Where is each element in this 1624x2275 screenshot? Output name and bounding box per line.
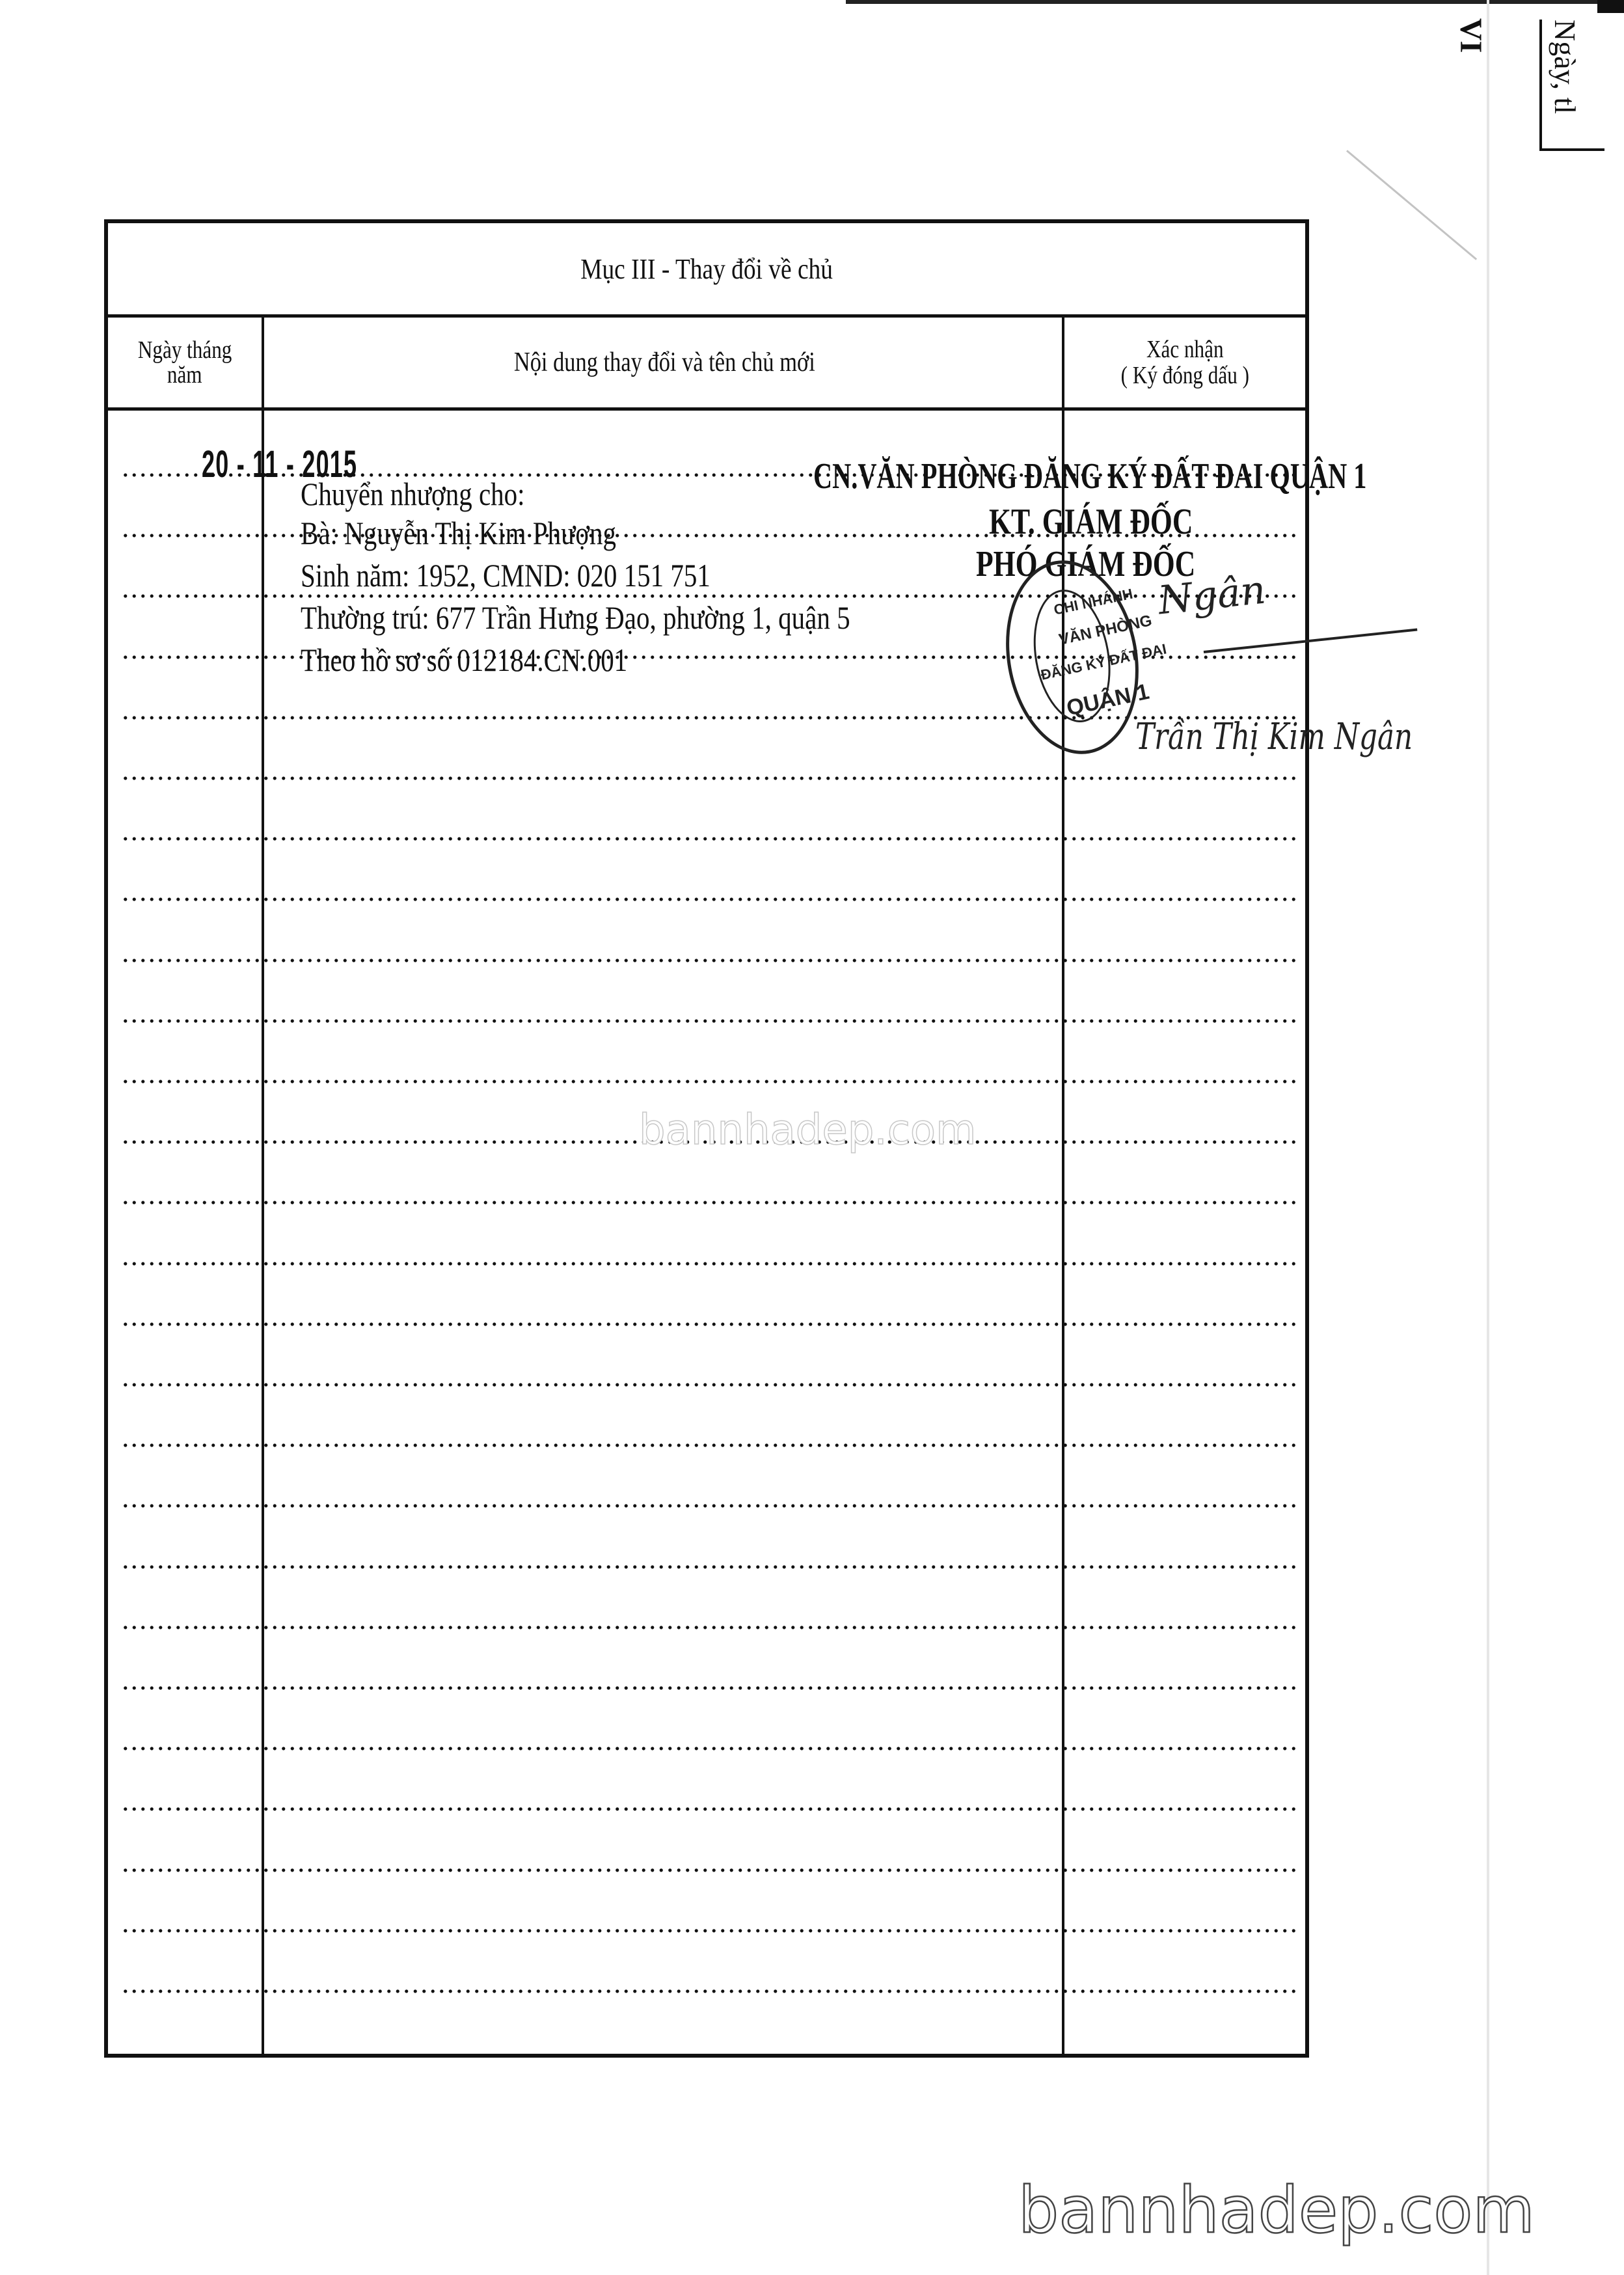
dotted-rule [121, 1989, 1296, 1993]
dotted-rule [121, 959, 1296, 962]
dotted-rule [121, 837, 1296, 841]
dotted-rule [121, 1443, 1296, 1447]
entry-line-5: Theo hồ sơ số 012184.CN.001 [301, 641, 699, 679]
dotted-rule [121, 1565, 1296, 1569]
header-date: Ngày tháng năm [108, 318, 262, 407]
section-mark: VI [1453, 18, 1489, 53]
dotted-rule [121, 897, 1296, 901]
signer-name: Trần Thị Kim Ngân [1135, 716, 1413, 758]
table-header-row: Ngày tháng năm Nội dung thay đổi và tên … [108, 318, 1305, 411]
dotted-rule [121, 1322, 1296, 1326]
watermark-center: bannhadep.com [639, 1106, 976, 1154]
side-label: Ngày, tl [1548, 20, 1582, 114]
pencil-scratch [1346, 150, 1477, 260]
dotted-rule [121, 1686, 1296, 1690]
dotted-rule [121, 1262, 1296, 1266]
watermark-bottom: bannhadep.com [1018, 2173, 1535, 2248]
scan-edge-right [1487, 0, 1489, 2275]
signer-role-1: KT. GIÁM ĐỐC [989, 501, 1193, 543]
header-content-label: Nội dung thay đổi và tên chủ mới [514, 347, 815, 378]
side-box-border [1539, 20, 1542, 150]
scan-edge-top [846, 0, 1624, 4]
side-box-border-bottom [1539, 148, 1604, 151]
dotted-rule [121, 1807, 1296, 1811]
dotted-rule [121, 1504, 1296, 1508]
dotted-rule [121, 1080, 1296, 1083]
dotted-rule [121, 1868, 1296, 1872]
column-divider-date [262, 318, 264, 2054]
dotted-rule [121, 1019, 1296, 1023]
header-confirm-line-2: ( Ký đóng dấu ) [1120, 362, 1249, 388]
entry-line-1: Chuyển nhượng cho: [301, 475, 574, 513]
scan-corner-mark [1597, 0, 1624, 13]
header-confirm: Xác nhận ( Ký đóng dấu ) [1064, 318, 1305, 407]
header-date-line-2: năm [167, 362, 202, 387]
header-content: Nội dung thay đổi và tên chủ mới [264, 318, 1064, 407]
header-date-line-1: Ngày tháng [138, 338, 232, 362]
dotted-rule [121, 1747, 1296, 1751]
entry-line-4: Thường trú: 677 Trần Hưng Đạo, phường 1,… [301, 599, 971, 636]
dotted-rule [121, 776, 1296, 780]
dotted-rule [121, 1201, 1296, 1205]
table-title: Mục III - Thay đổi về chủ [580, 252, 833, 286]
header-confirm-line-1: Xác nhận [1146, 336, 1224, 362]
dotted-rule [121, 1626, 1296, 1629]
dotted-rule [121, 1929, 1296, 1933]
table-title-row: Mục III - Thay đổi về chủ [108, 223, 1305, 318]
entry-line-2: Bà: Nguyễn Thị Kim Phượng [301, 514, 686, 552]
entry-line-3: Sinh năm: 1952, CMND: 020 151 751 [301, 556, 800, 594]
registry-office-name: CN.VĂN PHÒNG ĐĂNG KÝ ĐẤT ĐAI QUẬN 1 [813, 456, 1366, 497]
dotted-rule [121, 1383, 1296, 1387]
